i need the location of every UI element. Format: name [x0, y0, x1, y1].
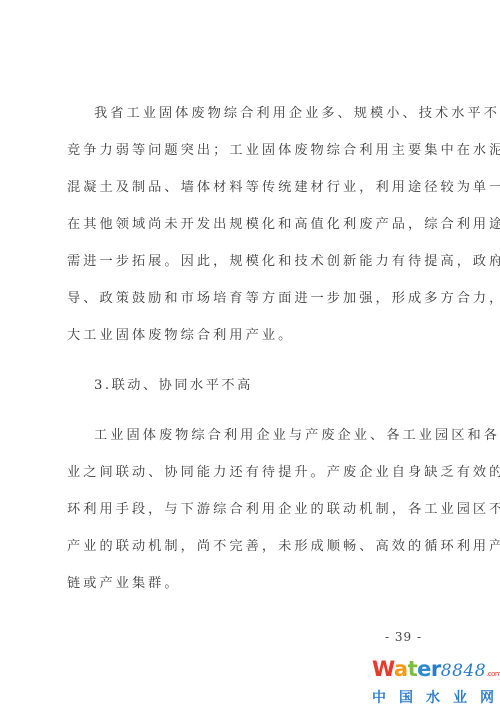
logo-suffix: .com: [486, 670, 500, 678]
logo-letter: r: [431, 657, 441, 681]
section-heading: 3.联动、协同水平不高: [94, 374, 253, 393]
paragraph-2-line-3: 环利用手段，与下游综合利用企业的联动机制，各工业园区不同: [67, 498, 457, 517]
paragraph-1-line-1: 我省工业固体废物综合利用企业多、规模小、技术水平不高、: [94, 102, 484, 121]
paragraph-2-line-5: 链或产业集群。: [67, 572, 457, 591]
watermark-logo: Water8848.com 中国水业网: [372, 658, 497, 703]
logo-letter: e: [417, 657, 431, 681]
paragraph-2-line-1: 工业固体废物综合利用企业与产废企业、各工业园区和各产: [94, 424, 484, 443]
logo-number: 8848: [441, 661, 486, 681]
paragraph-2-line-2: 业之间联动、协同能力还有待提升。产废企业自身缺乏有效的循: [67, 461, 457, 480]
paragraph-2-line-4: 产业的联动机制，尚不完善，未形成顺畅、高效的循环利用产业: [67, 535, 457, 554]
paragraph-1-line-3: 混凝土及制品、墙体材料等传统建材行业，利用途径较为单一，: [67, 176, 457, 195]
logo-subtitle: 中国水业网: [372, 687, 497, 707]
paragraph-1-line-4: 在其他领域尚未开发出规模化和高值化利废产品，综合利用途径: [67, 213, 457, 232]
logo-letter: a: [394, 657, 408, 681]
logo-wordmark: Water8848.com: [372, 658, 497, 685]
logo-letter: W: [372, 657, 394, 681]
paragraph-1-line-5: 需进一步拓展。因此，规模化和技术创新能力有待提高，政府引: [67, 250, 457, 269]
logo-letter: t: [408, 657, 418, 681]
page-number: - 39 -: [385, 630, 422, 644]
paragraph-1-line-6: 导、政策鼓励和市场培育等方面进一步加强，形成多方合力，壮: [67, 287, 457, 306]
paragraph-1-line-2: 竞争力弱等问题突出；工业固体废物综合利用主要集中在水泥、: [67, 139, 457, 158]
paragraph-1-line-7: 大工业固体废物综合利用产业。: [67, 324, 457, 343]
document-page: 我省工业固体废物综合利用企业多、规模小、技术水平不高、 竞争力弱等问题突出；工业…: [0, 0, 500, 707]
